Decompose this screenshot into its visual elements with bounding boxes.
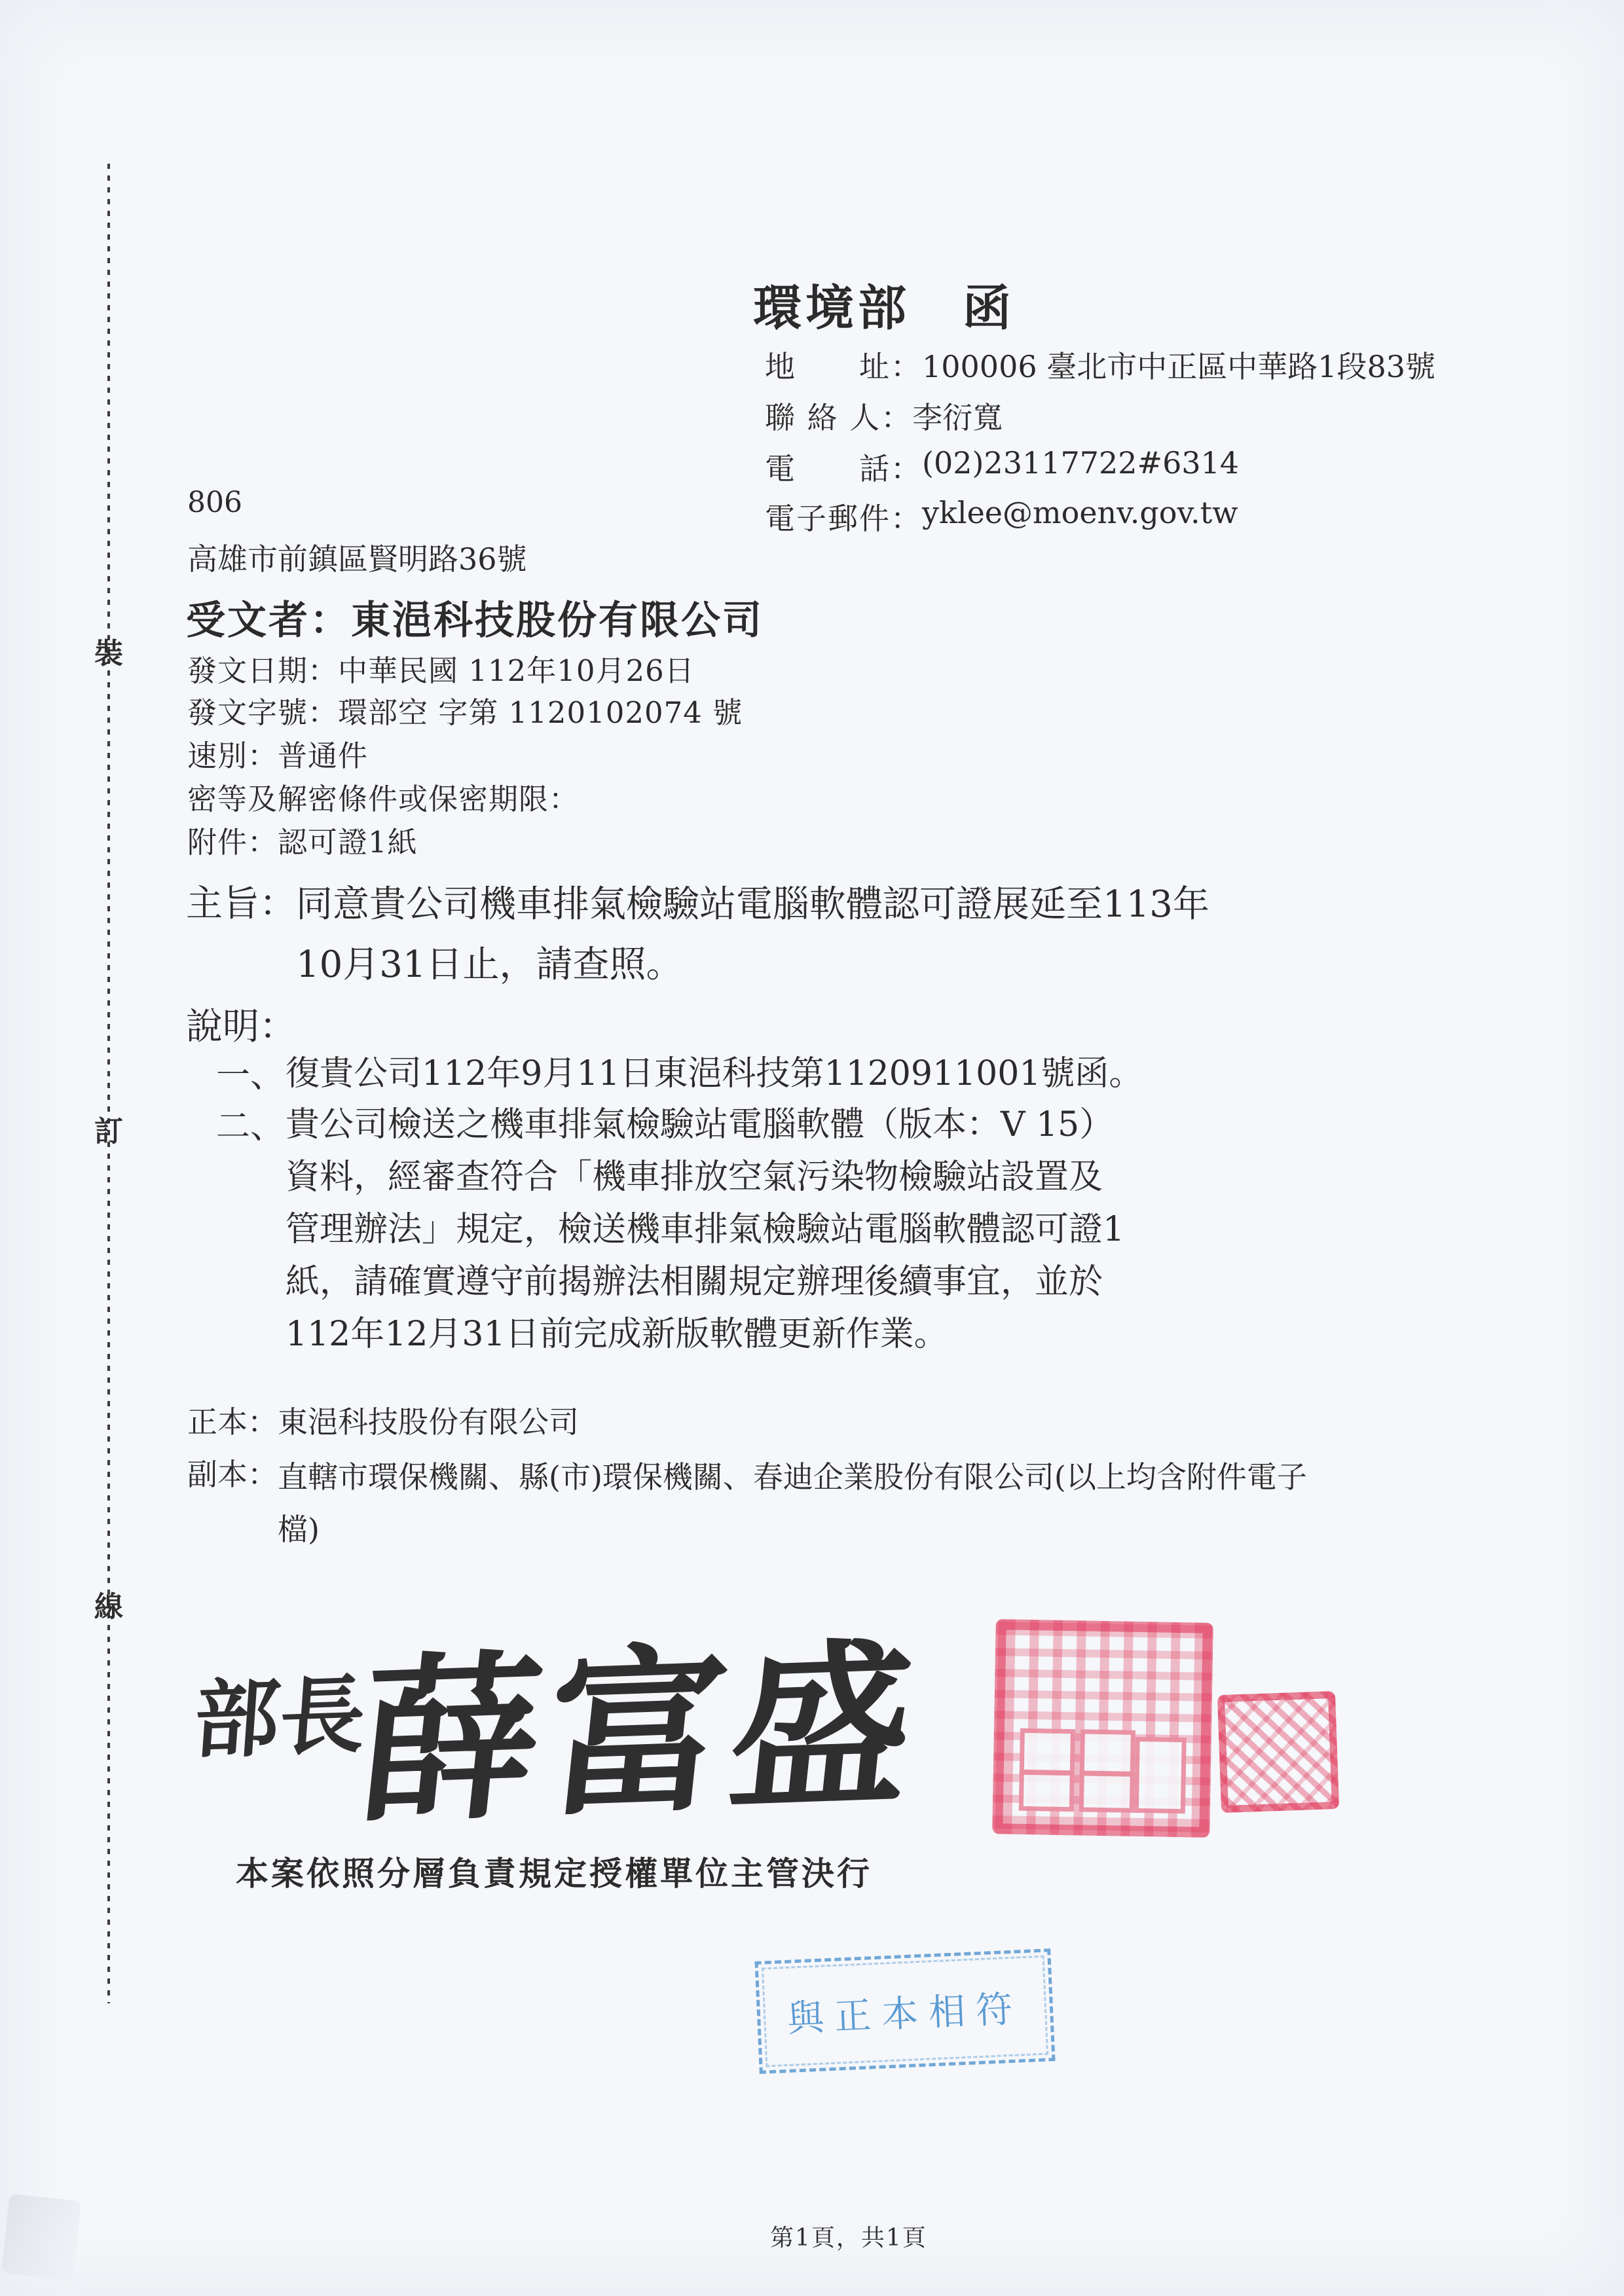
attachment-label: 附件： — [187, 818, 278, 861]
doc-number-label: 發文字號： — [187, 689, 338, 731]
binding-dotted-line — [107, 164, 110, 2003]
address-label: 地 址： — [765, 343, 922, 386]
delegation-note: 本案依照分層負責規定授權單位主管決行 — [236, 1848, 872, 1895]
item-1-number: 一、 — [216, 1048, 284, 1097]
doc-number-value: 環部空 字第 1120102074 號 — [338, 689, 743, 731]
signer-signature: 薛富盛 — [350, 1581, 933, 1856]
official-seal-small — [1217, 1691, 1339, 1813]
subject-text: 同意貴公司機車排氣檢驗站電腦軟體認可證展延至113年 10月31日止，請查照。 — [296, 875, 1422, 995]
scanned-letter-page: 裝 訂 線 環境部 函 地 址： 100006 臺北市中正區中華路1段83號 聯… — [0, 0, 1624, 2296]
priority-label: 速別： — [187, 732, 278, 774]
seal-pattern-cell — [1019, 1770, 1075, 1812]
phone-label: 電 話： — [765, 445, 922, 488]
phone-row: 電 話： (02)23117722#6314 — [765, 445, 1239, 488]
contact-person-row: 聯 絡 人： 李衍寬 — [765, 394, 1003, 437]
item-2-text: 貴公司檢送之機車排氣檢驗站電腦軟體（版本：V 15） 資料，經審查符合「機車排放… — [286, 1099, 1458, 1360]
email-row: 電子郵件： yklee@moenv.gov.tw — [765, 495, 1238, 538]
recipient-name: 東浥科技股份有限公司 — [351, 589, 764, 646]
agency-address-row: 地 址： 100006 臺北市中正區中華路1段83號 — [765, 343, 1435, 386]
priority-value: 普通件 — [278, 732, 368, 774]
original-copy-value: 東浥科技股份有限公司 — [278, 1398, 579, 1442]
original-copy-label: 正本： — [187, 1398, 278, 1442]
phone-value: (02)23117722#6314 — [922, 445, 1239, 481]
official-seal-large — [992, 1619, 1213, 1838]
carbon-copy-value: 直轄市環保機關、縣(市)環保機關、春迪企業股份有限公司(以上均含附件電子 檔) — [278, 1451, 1522, 1556]
seal-pattern-cell — [1079, 1771, 1135, 1812]
subject-label: 主旨： — [186, 875, 296, 927]
original-copy-row: 正本： 東浥科技股份有限公司 — [187, 1398, 579, 1442]
binding-mark-zhuang: 裝 — [94, 630, 123, 672]
copy-certification-text: 與正本相符 — [786, 1980, 1024, 2043]
explanation-heading: 說明： — [186, 998, 296, 1050]
explanation-item-1: 一、 復貴公司112年9月11日東浥科技第1120911001號函。 — [216, 1048, 1458, 1100]
issue-date-value: 中華民國 112年10月26日 — [338, 647, 695, 689]
recipient-row: 受文者： 東浥科技股份有限公司 — [186, 589, 764, 646]
issue-date-row: 發文日期： 中華民國 112年10月26日 — [187, 647, 695, 689]
page-number: 第1頁，共1頁 — [770, 2219, 927, 2253]
document-title: 環境部 函 — [753, 270, 1015, 339]
recipient-address: 高雄市前鎮區賢明路36號 — [187, 536, 527, 579]
attachment-value: 認可證1紙 — [278, 818, 418, 861]
seal-pattern-cell — [1020, 1728, 1075, 1775]
scan-artifact-smudge — [1, 2194, 81, 2281]
attachment-row: 附件： 認可證1紙 — [187, 818, 418, 861]
subject-row: 主旨： 同意貴公司機車排氣檢驗站電腦軟體認可證展延至113年 10月31日止，請… — [186, 875, 1422, 995]
seal-pattern-cell — [1080, 1729, 1135, 1776]
binding-mark-ding: 訂 — [94, 1108, 123, 1150]
email-value: yklee@moenv.gov.tw — [922, 495, 1238, 530]
doc-number-row: 發文字號： 環部空 字第 1120102074 號 — [187, 689, 743, 731]
explanation-item-2: 二、 貴公司檢送之機車排氣檢驗站電腦軟體（版本：V 15） 資料，經審查符合「機… — [216, 1099, 1458, 1360]
security-label: 密等及解密條件或保密期限： — [187, 775, 579, 818]
signer-title: 部長 — [191, 1647, 370, 1776]
item-1-text: 復貴公司112年9月11日東浥科技第1120911001號函。 — [286, 1048, 1458, 1100]
contact-value: 李衍寬 — [912, 394, 1003, 437]
email-label: 電子郵件： — [765, 495, 922, 538]
binding-mark-xian: 線 — [94, 1583, 123, 1625]
item-2-number: 二、 — [216, 1099, 284, 1148]
recipient-label: 受文者： — [186, 589, 351, 646]
seal-pattern-cell — [1134, 1737, 1187, 1813]
copy-certification-stamp: 與正本相符 — [754, 1948, 1055, 2074]
address-value: 100006 臺北市中正區中華路1段83號 — [922, 343, 1435, 386]
issue-date-label: 發文日期： — [187, 647, 338, 689]
postal-code: 806 — [187, 486, 242, 519]
contact-label: 聯 絡 人： — [765, 394, 912, 437]
security-row: 密等及解密條件或保密期限： — [187, 775, 579, 818]
priority-row: 速別： 普通件 — [187, 732, 368, 774]
carbon-copy-label: 副本： — [187, 1451, 278, 1494]
carbon-copy-row: 副本： 直轄市環保機關、縣(市)環保機關、春迪企業股份有限公司(以上均含附件電子… — [187, 1451, 1522, 1556]
